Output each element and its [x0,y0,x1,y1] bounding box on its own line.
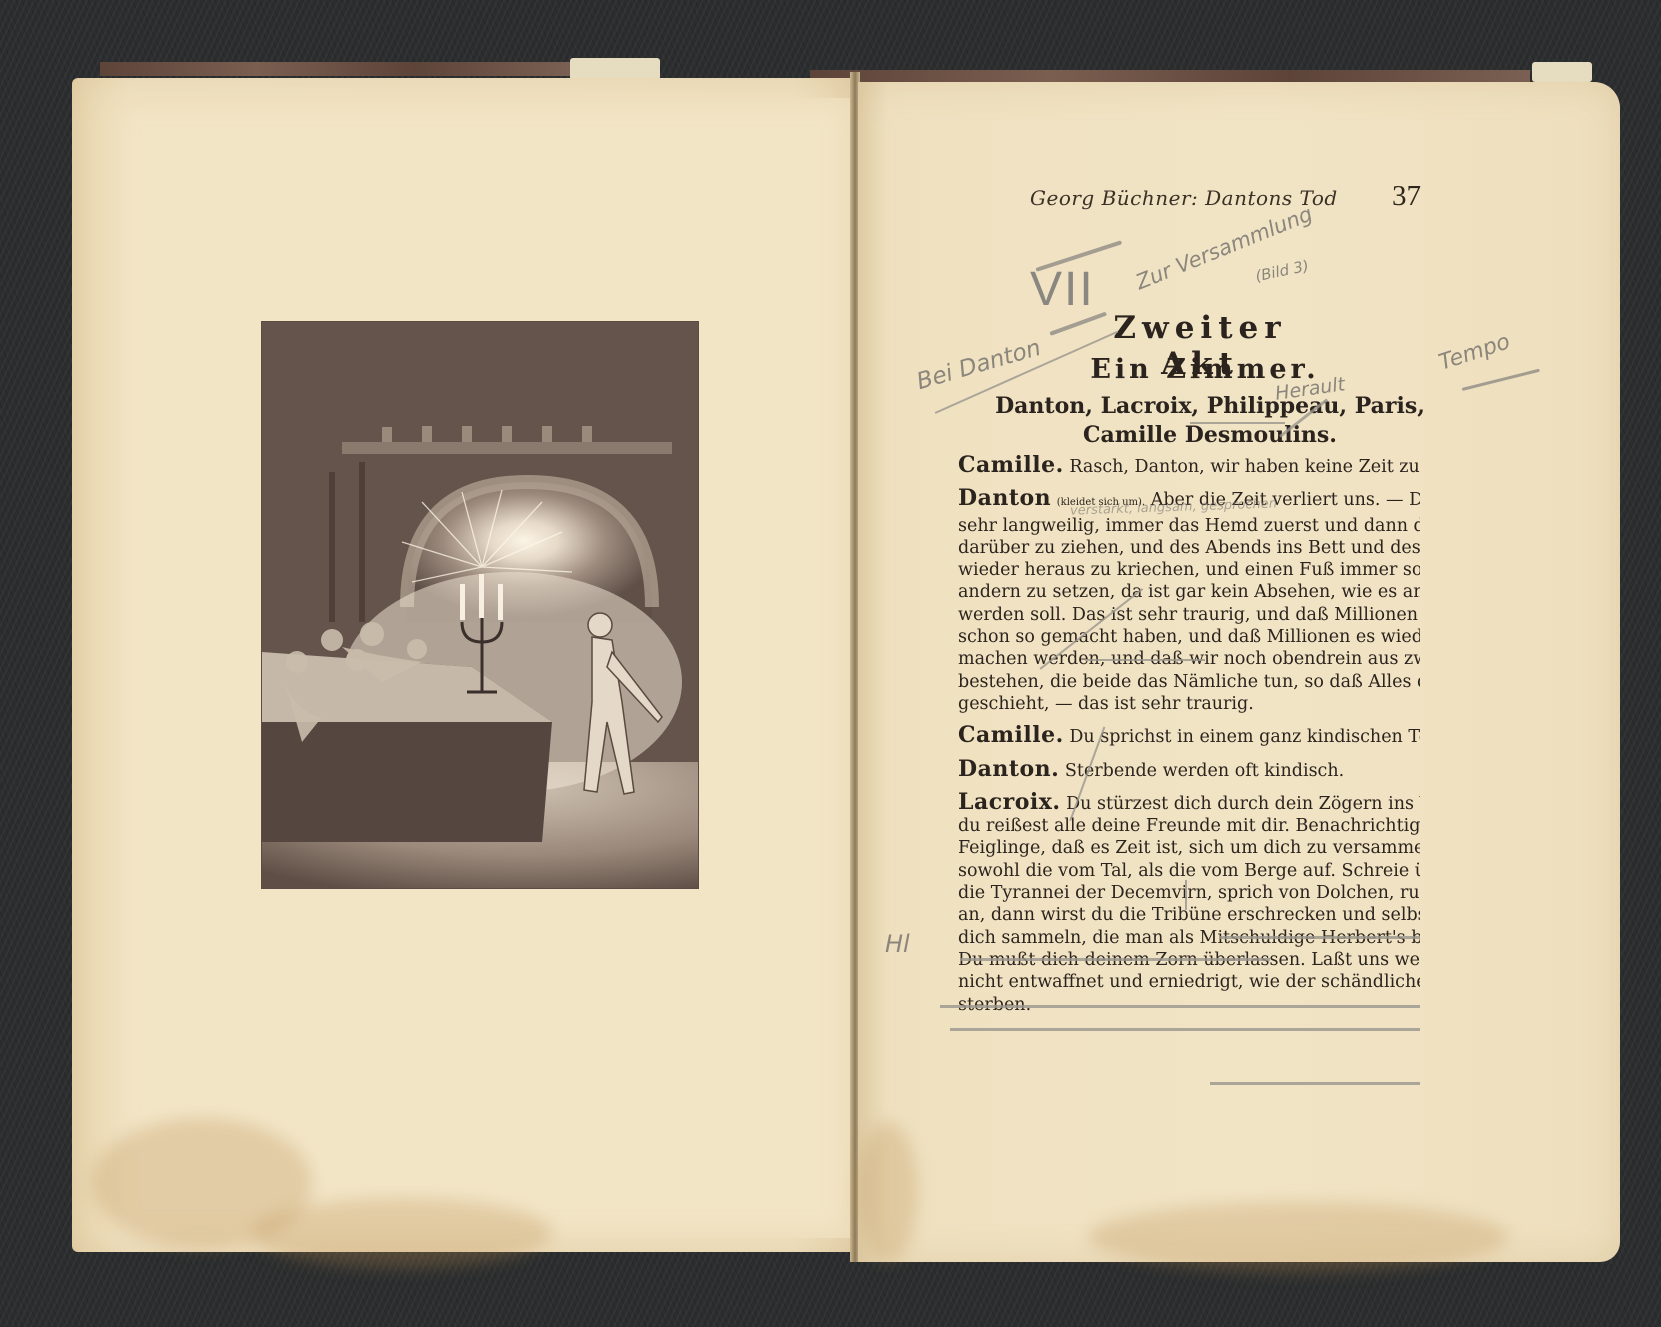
pencil-strike [960,958,1270,961]
etching-illustration [262,322,698,888]
speech-danton-2: Danton. Sterbende werden oft kindisch. [958,758,1420,782]
cast-list: Danton, Lacroix, Philippeau, Paris, Cami… [950,392,1470,450]
speech-danton-1: Danton (kleidet sich um). Aber die Zeit … [958,487,1420,715]
speaker-name: Danton. [958,758,1059,782]
candlelit-room-image [262,322,698,888]
speech-camille-1: Camille. Rasch, Danton, wir haben keine … [958,454,1420,478]
pencil-strike [950,1028,1420,1031]
speech-line: Rasch, Danton, wir haben keine Zeit zu v… [1069,457,1420,477]
speech-line: du reißest alle deine Freunde mit dir. B… [958,815,1420,837]
speech-line: Sterbende werden oft kindisch. [1065,761,1344,781]
speech-line: Du stürzest dich durch dein Zögern ins V… [1066,794,1420,814]
pencil-strike [1210,1082,1420,1085]
speaker-name: Lacroix. [958,791,1061,815]
speaker-name: Camille. [958,454,1064,478]
speech-line: bestehen, die beide das Nämliche tun, so… [958,671,1420,693]
pencil-underline [1190,422,1285,424]
speech-camille-2: Camille. Du sprichst in einem ganz kindi… [958,724,1420,748]
cast-line: Camille Desmoulins. [950,421,1470,450]
speaker-name: Danton [958,487,1051,511]
pencil-margin-mark: Hl [885,930,910,958]
cast-line: Danton, Lacroix, Philippeau, Paris, [950,392,1470,421]
speech-line: werden soll. Das ist sehr traurig, und d… [958,604,1420,626]
speaker-name: Camille. [958,724,1064,748]
speech-line: Feiglinge, daß es Zeit ist, sich um dich… [958,837,1420,859]
page-number: 37 [1392,180,1421,213]
speech-line: wieder heraus zu kriechen, und einen Fuß… [958,559,1420,581]
speech-line: sowohl die vom Tal, als die vom Berge au… [958,860,1420,882]
speech-line: an, dann wirst du die Tribüne erschrecke… [958,904,1420,926]
tape-strip [1532,62,1592,82]
speech-lacroix: Lacroix. Du stürzest dich durch dein Zög… [958,791,1420,1016]
speech-line: Du sprichst in einem ganz kindischen Ton… [1069,727,1420,747]
pencil-bracket [1185,880,1187,910]
speech-line: geschieht, — das ist sehr traurig. [958,693,1420,715]
speech-line: die Tyrannei der Decemvirn, sprich von D… [958,882,1420,904]
speech-line: nicht entwaffnet und erniedrigt, wie der… [958,971,1420,993]
speech-line: andern zu setzen, da ist gar kein Absehe… [958,581,1420,603]
speech-line: darüber zu ziehen, und des Abends ins Be… [958,537,1420,559]
speech-line: sehr langweilig, immer das Hemd zuerst u… [958,515,1420,537]
tape-strip [570,58,660,80]
dialogue-body: Camille. Rasch, Danton, wir haben keine … [958,454,1420,1025]
speech-line: schon so gemacht haben, und daß Millione… [958,626,1420,648]
running-head: Georg Büchner: Dantons Tod [1030,186,1338,210]
cover-edge-left [100,62,570,76]
pencil-strike [1085,659,1205,661]
pencil-strike [940,1005,1420,1008]
pencil-strike [1220,936,1420,939]
